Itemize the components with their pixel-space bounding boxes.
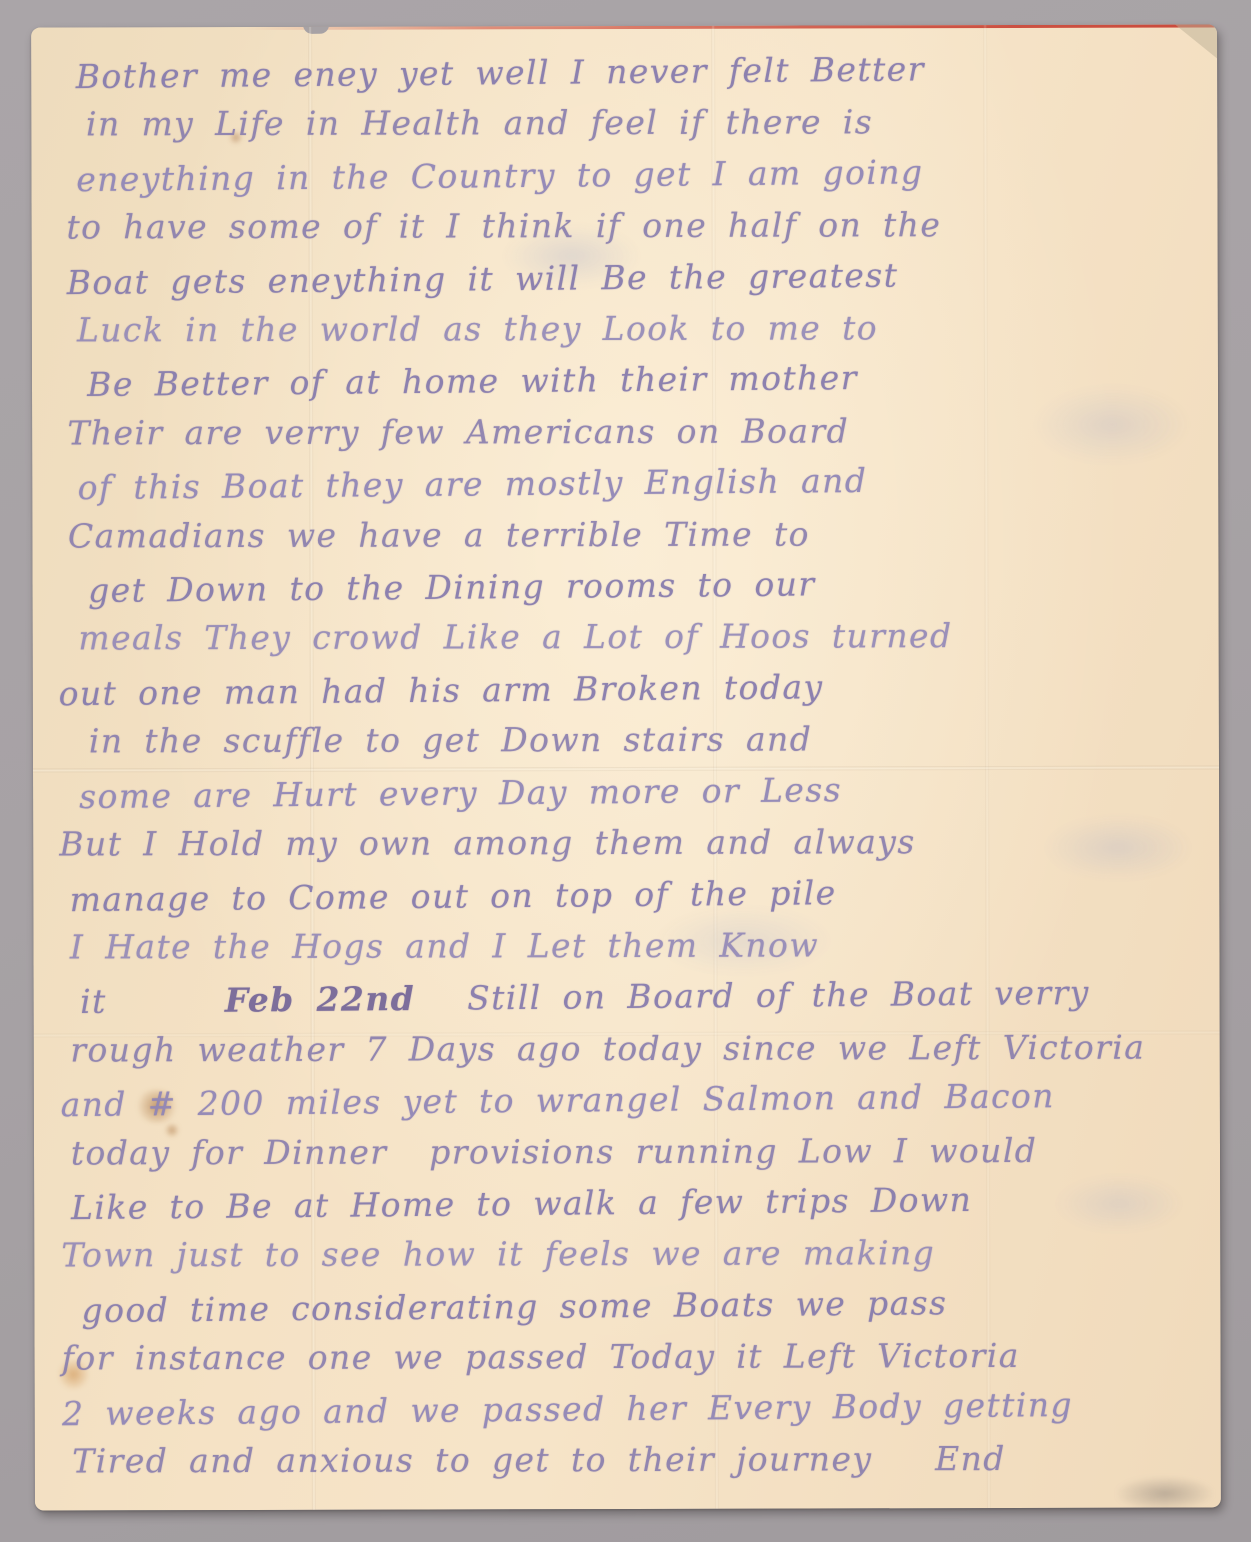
handwritten-line: get Down to the Dining rooms to our [88, 555, 1210, 617]
handwritten-line: eneything in the Country to get I am goi… [76, 144, 1208, 206]
handwritten-line: Like to Be at Home to walk a few trips D… [71, 1172, 1213, 1234]
handwritten-line: Their are verry few Americans on Board [67, 404, 1209, 458]
handwritten-line: Be Better of at home with their mother [87, 349, 1209, 411]
handwritten-line: Town just to see how it feels we are mak… [61, 1227, 1213, 1281]
handwritten-line: in my Life in Health and feel if there i… [86, 96, 1208, 150]
handwritten-line: to have some of it I think if one half o… [66, 199, 1208, 253]
date-heading: Feb 22nd [224, 973, 415, 1026]
handwritten-line: manage to Come out on top of the pile [69, 863, 1211, 925]
photo-background: Bother me eney yet well I never felt Bet… [0, 0, 1251, 1542]
handwritten-line: Luck in the world as they Look to me to [77, 301, 1209, 355]
handwritten-line: Boat gets eneything it will Be the great… [66, 246, 1208, 308]
handwritten-line: some are Hurt every Day more or Less [79, 760, 1211, 822]
handwritten-line: good time considerating some Boats we pa… [81, 1275, 1213, 1337]
handwritten-line: today for Dinner provisions running Low … [71, 1124, 1213, 1178]
handwritten-line: But I Hold my own among them and always [59, 816, 1211, 870]
handwritten-line: of this Boat they are mostly English and [77, 452, 1209, 514]
letter-page: Bother me eney yet well I never felt Bet… [31, 24, 1221, 1510]
handwritten-line: 2 weeks ago and we passed her Every Body… [62, 1377, 1214, 1439]
handwritten-line: Bother me eney yet well I never felt Bet… [76, 41, 1208, 103]
handwritten-line: and # 200 miles yet to wrangel Salmon an… [60, 1069, 1212, 1131]
top-edge-notch [303, 25, 329, 34]
sentence-end-word: it [80, 976, 107, 1028]
handwritten-line: out one man had his arm Broken today [58, 658, 1210, 720]
handwritten-line: in the scuffle to get Down stairs and [89, 713, 1211, 767]
red-edge-tint [245, 24, 1218, 30]
handwritten-line: for instance one we passed Today it Left… [62, 1330, 1214, 1384]
handwritten-line: Tired and anxious to get to their journe… [72, 1432, 1214, 1486]
handwritten-line: I Hate the Hogs and I Let them Know [70, 918, 1212, 972]
handwritten-line-feb-22: it Feb 22nd Still on Board of the Boat v… [60, 966, 1212, 1028]
handwritten-line-fragment: Still on Board of the Boat verry [467, 967, 1090, 1024]
handwritten-line: rough weather 7 Days ago today since we … [70, 1021, 1212, 1075]
letter-body: Bother me eney yet well I never felt Bet… [56, 43, 1215, 1488]
handwritten-line: meals They crowd Like a Lot of Hoos turn… [78, 610, 1210, 664]
handwritten-line: Camadians we have a terrible Time to [68, 507, 1210, 561]
